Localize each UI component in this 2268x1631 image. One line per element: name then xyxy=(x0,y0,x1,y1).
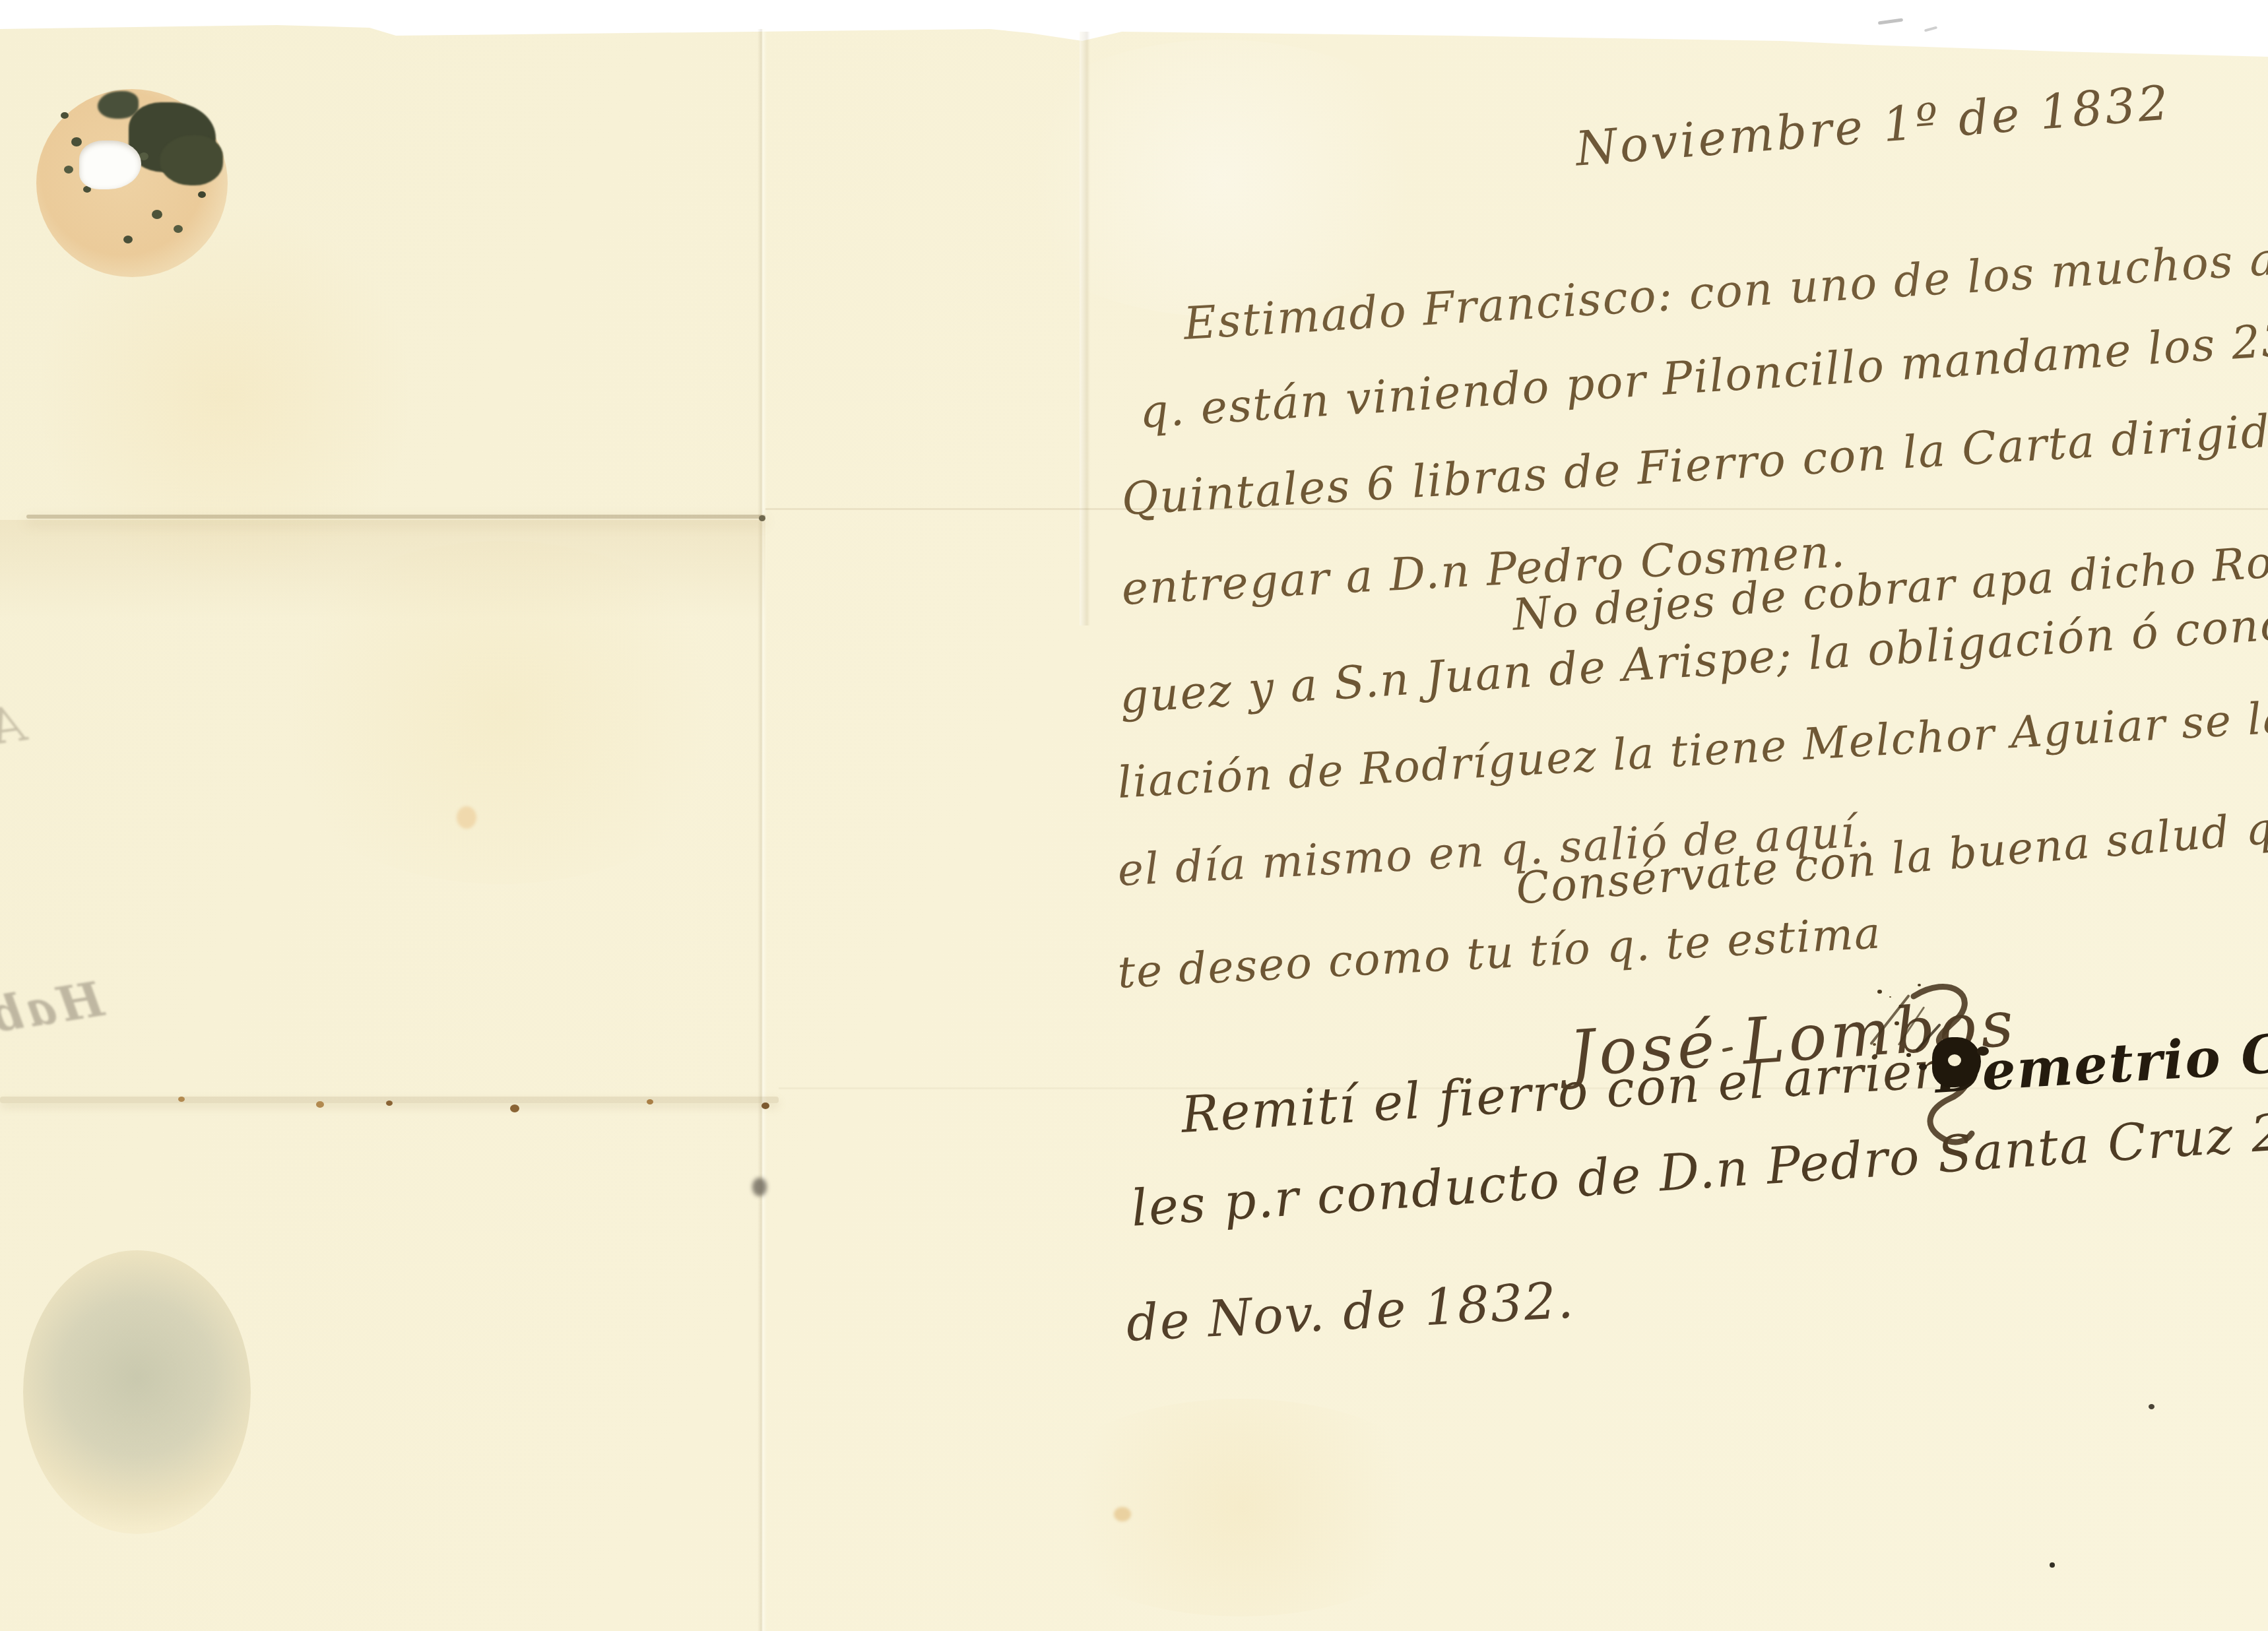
ink-blot-hole xyxy=(1948,1054,1961,1066)
tan-spot xyxy=(1114,1507,1131,1521)
seal-wax-fragment xyxy=(160,135,223,185)
dirt-speck xyxy=(2149,1404,2155,1409)
dirt-speck xyxy=(2050,1562,2055,1568)
seal-wax-fragment xyxy=(98,91,139,119)
tan-spot xyxy=(457,806,476,829)
dirt-speck xyxy=(178,1097,185,1102)
pencil-mark xyxy=(1924,26,1937,32)
ink-spatter-dot xyxy=(1877,990,1882,994)
bottom-stain xyxy=(23,1250,251,1534)
dirt-speck xyxy=(759,515,765,521)
seal-wax-speck xyxy=(61,112,69,119)
paper-sheet xyxy=(0,0,2268,1631)
smudge-spot xyxy=(752,1178,767,1196)
ink-blot-satellite xyxy=(1977,1046,1989,1056)
ink-blot-satellite xyxy=(1919,1064,1927,1070)
letter-scan: A D.n Fran.co Corres Habilito Noviembre … xyxy=(0,0,2268,1631)
pencil-mark xyxy=(1878,18,1903,24)
